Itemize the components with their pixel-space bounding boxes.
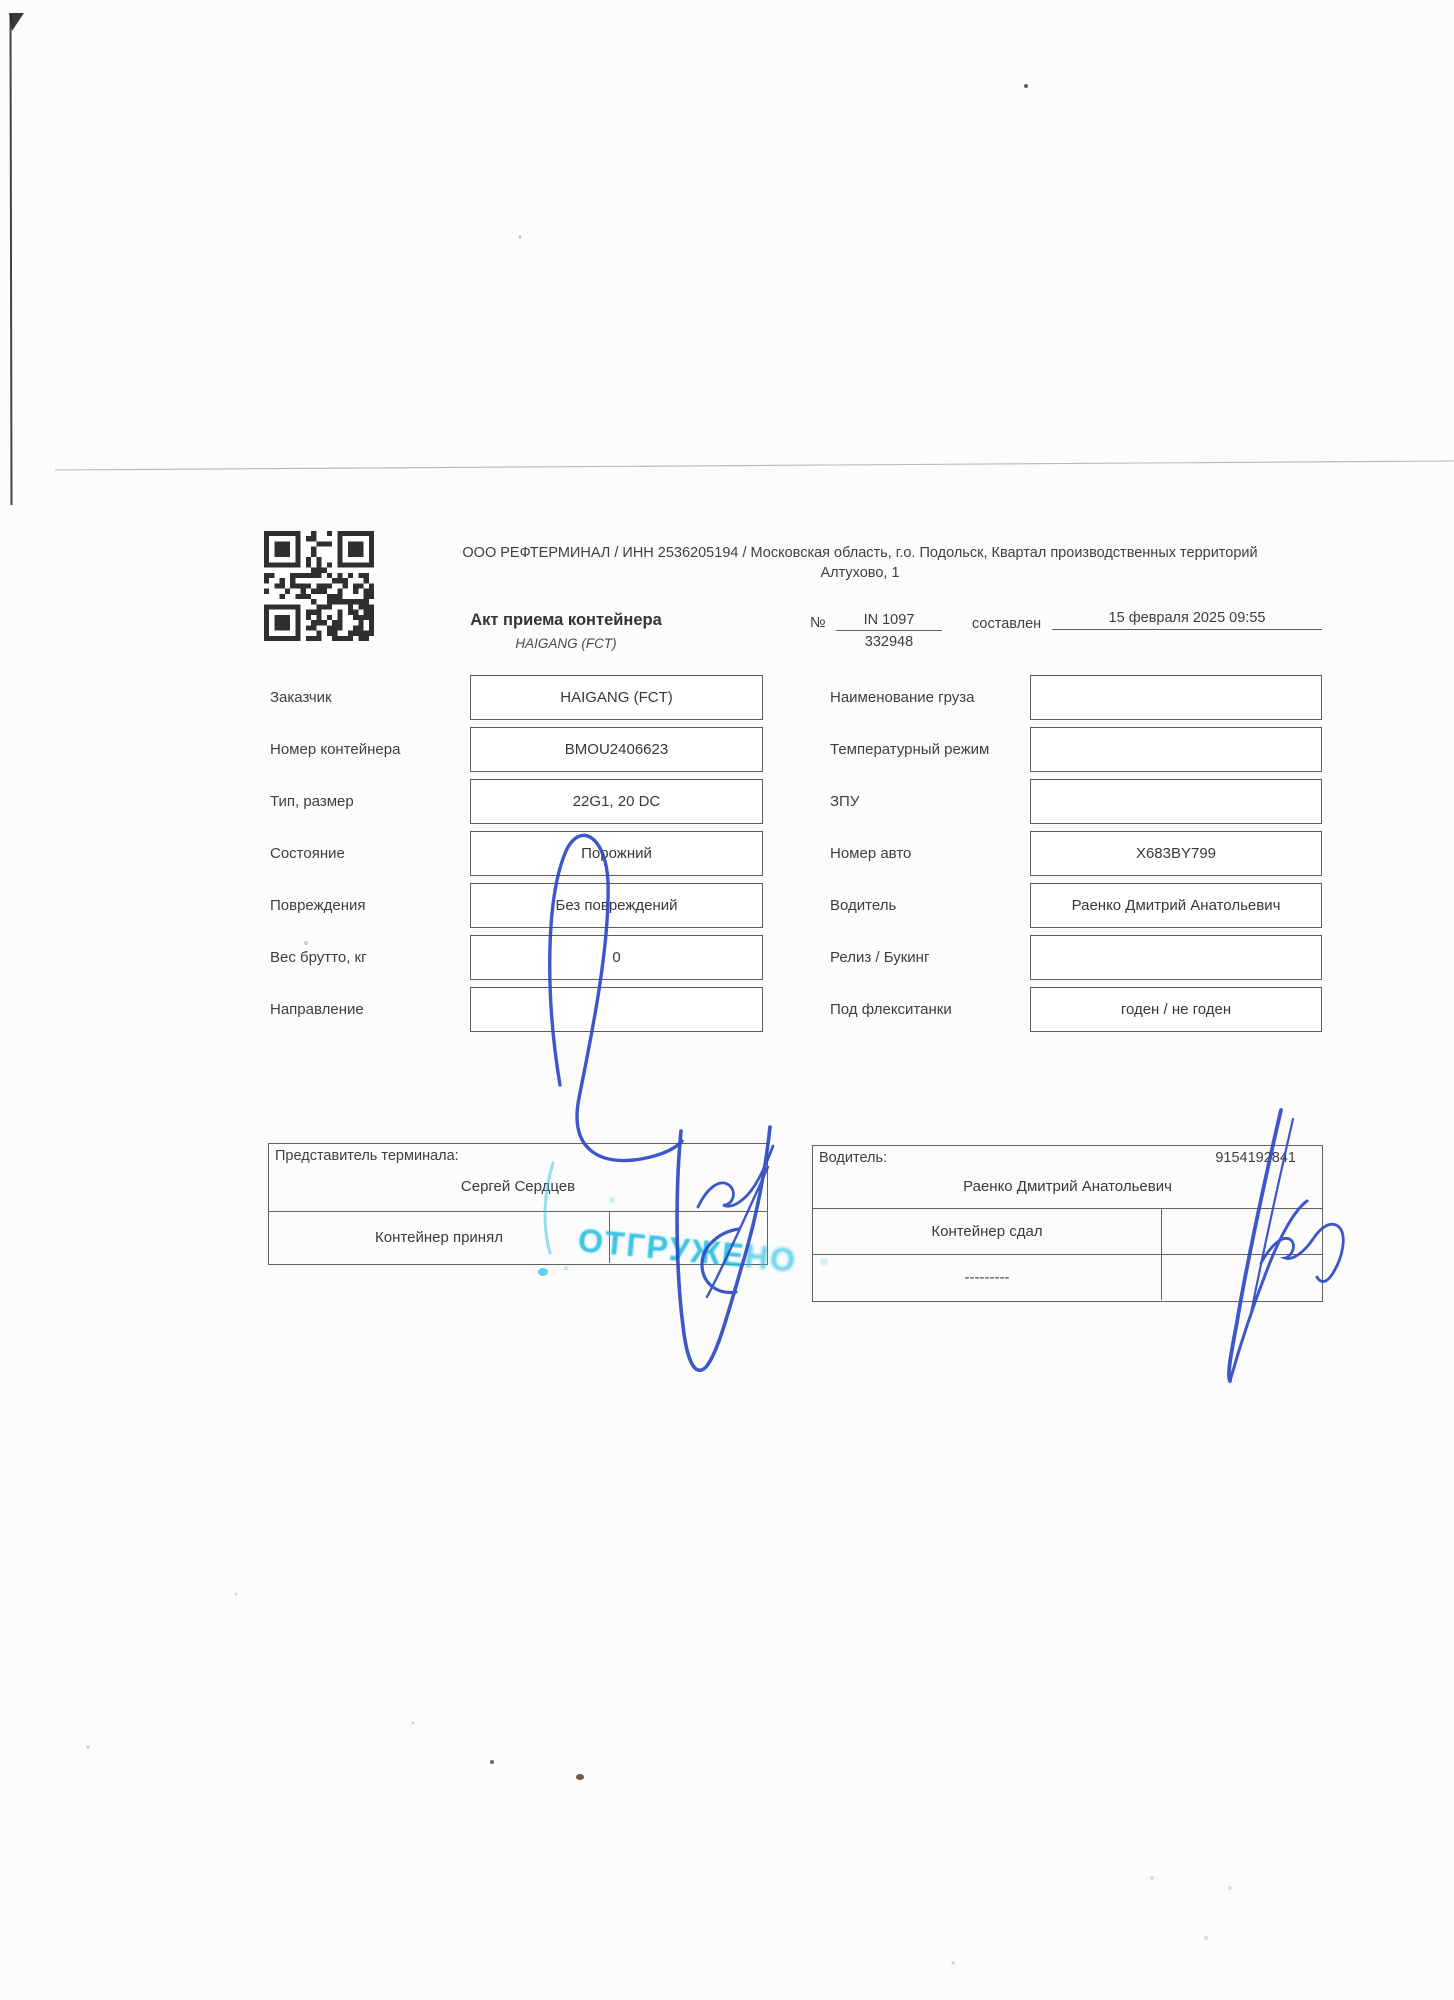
document-subtitle: HAIGANG (FCT) bbox=[390, 636, 742, 651]
field-value-damages: Без повреждений bbox=[470, 883, 763, 928]
field-value-zakazchik: HAIGANG (FCT) bbox=[470, 675, 763, 720]
driver-phone: 9154192841 bbox=[1215, 1150, 1296, 1166]
driver-dashes-row: --------- bbox=[813, 1254, 1322, 1300]
field-label-type-size: Тип, размер bbox=[270, 779, 354, 824]
field-value-cargo-name bbox=[1030, 675, 1322, 720]
field-value-seal bbox=[1030, 779, 1322, 824]
terminal-block-header: Представитель терминала: Сергей Сердцев bbox=[269, 1144, 767, 1212]
composed-date: 15 февраля 2025 09:55 bbox=[1052, 610, 1322, 630]
driver-signature-block: Водитель: 9154192841 Раенко Дмитрий Анат… bbox=[812, 1145, 1323, 1302]
driver-name: Раенко Дмитрий Анатольевич bbox=[813, 1178, 1322, 1195]
document-title: Акт приема контейнера bbox=[390, 611, 742, 630]
container-accepted-label: Контейнер принял bbox=[269, 1212, 609, 1263]
organization-line2: Алтухово, 1 bbox=[330, 563, 1390, 583]
field-label-temperature: Температурный режим bbox=[830, 727, 989, 772]
field-value-driver: Раенко Дмитрий Анатольевич bbox=[1030, 883, 1322, 928]
field-value-direction bbox=[470, 987, 763, 1032]
field-label-damages: Повреждения bbox=[270, 883, 366, 928]
organization-header: ООО РЕФТЕРМИНАЛ / ИНН 2536205194 / Моско… bbox=[330, 543, 1390, 583]
field-value-truck-number: X683BY799 bbox=[1030, 831, 1322, 876]
scanned-document-page: ООО РЕФТЕРМИНАЛ / ИНН 2536205194 / Моско… bbox=[0, 0, 1454, 2000]
field-label-zakazchik: Заказчик bbox=[270, 675, 332, 720]
field-value-container-number: BMOU2406623 bbox=[470, 727, 763, 772]
dashes-placeholder: --------- bbox=[813, 1255, 1161, 1300]
doc-number-group: IN 1097 332948 bbox=[836, 612, 942, 650]
field-value-temperature bbox=[1030, 727, 1322, 772]
terminal-representative-label: Представитель терминала: bbox=[275, 1148, 459, 1164]
driver-block-header: Водитель: 9154192841 Раенко Дмитрий Анат… bbox=[813, 1146, 1322, 1209]
field-value-release-booking bbox=[1030, 935, 1322, 980]
field-label-driver: Водитель bbox=[830, 883, 896, 928]
driver-signature-cell-2 bbox=[1161, 1255, 1322, 1300]
field-label-release-booking: Релиз / Букинг bbox=[830, 935, 929, 980]
field-value-flexitank: годен / не годен bbox=[1030, 987, 1322, 1032]
driver-action-row: Контейнер сдал bbox=[813, 1209, 1322, 1254]
terminal-representative-name: Сергей Сердцев bbox=[269, 1178, 767, 1195]
driver-signature-cell bbox=[1161, 1209, 1322, 1254]
field-label-truck-number: Номер авто bbox=[830, 831, 911, 876]
stamp-text-faded: НО bbox=[743, 1238, 798, 1279]
doc-number-label: № bbox=[810, 615, 826, 631]
field-label-flexitank: Под флекситанки bbox=[830, 987, 952, 1032]
driver-label: Водитель: bbox=[819, 1150, 887, 1166]
field-label-state: Состояние bbox=[270, 831, 345, 876]
composed-label: составлен bbox=[972, 616, 1041, 632]
field-label-direction: Направление bbox=[270, 987, 364, 1032]
field-label-seal: ЗПУ bbox=[830, 779, 859, 824]
field-label-gross-weight: Вес брутто, кг bbox=[270, 935, 367, 980]
field-value-state: Порожний bbox=[470, 831, 763, 876]
field-value-type-size: 22G1, 20 DC bbox=[470, 779, 763, 824]
container-handed-label: Контейнер сдал bbox=[813, 1209, 1161, 1254]
doc-number-secondary: 332948 bbox=[836, 631, 942, 650]
composed-date-group: 15 февраля 2025 09:55 bbox=[1052, 610, 1322, 630]
field-value-gross-weight: 0 bbox=[470, 935, 763, 980]
field-label-container-number: Номер контейнера bbox=[270, 727, 400, 772]
doc-number-value: IN 1097 bbox=[836, 612, 942, 631]
organization-line1: ООО РЕФТЕРМИНАЛ / ИНН 2536205194 / Моско… bbox=[330, 543, 1390, 563]
field-label-cargo-name: Наименование груза bbox=[830, 675, 975, 720]
